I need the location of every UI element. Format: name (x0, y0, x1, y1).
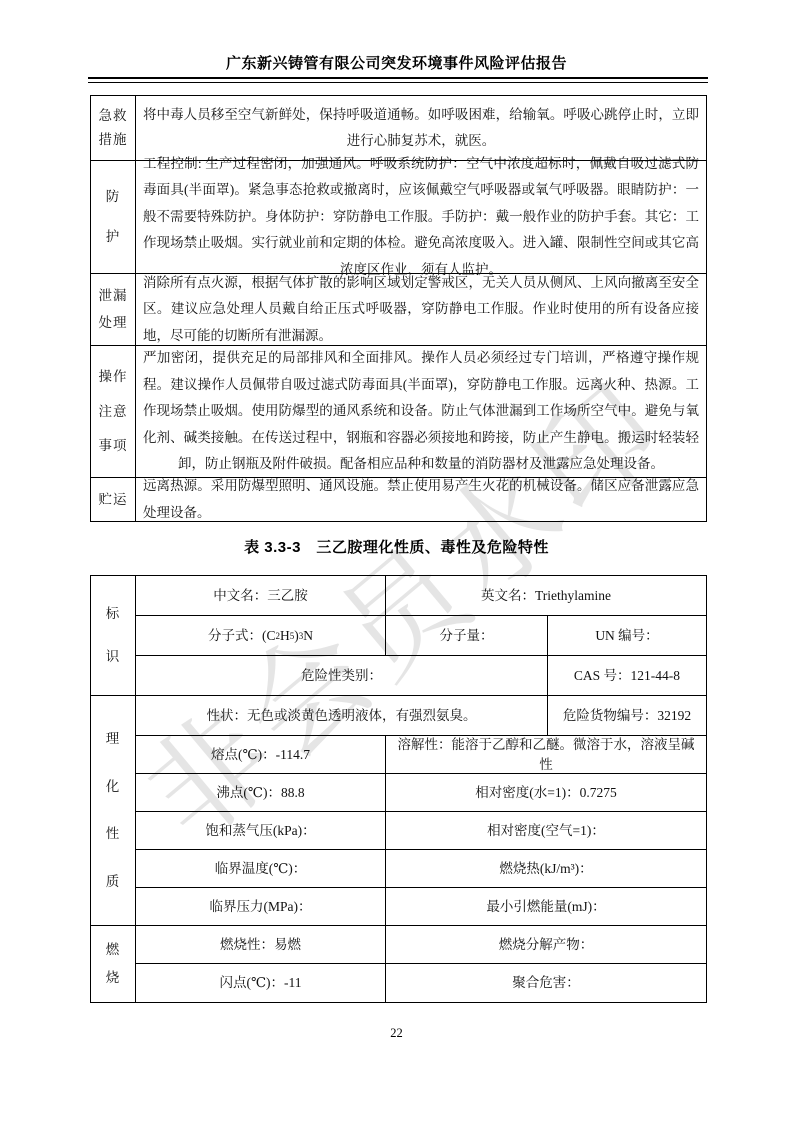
cell-relative-density-air: 相对密度(空气=1)： (386, 812, 706, 850)
cell-chinese-name: 中文名：三乙胺 (136, 576, 386, 616)
safety-measures-table: 急救 措施 将中毒人员移至空气新鲜处，保持呼吸道通畅。如呼吸困难，给输氧。呼吸心… (90, 95, 707, 522)
cell-un-number: UN 编号： (548, 616, 706, 656)
cell-critical-pressure: 临界压力(MPa)： (136, 888, 386, 926)
cell-min-ignition-energy: 最小引燃能量(mJ)： (386, 888, 706, 926)
section-label-identification: 标 识 (91, 576, 136, 696)
cell-combustion-heat: 燃烧热(kJ/m³)： (386, 850, 706, 888)
page-number: 22 (0, 1026, 793, 1041)
row-label-storage: 贮运 (91, 478, 136, 521)
header-double-rule (88, 77, 708, 83)
protection-text-cell: 工程控制: 生产过程密闭，加强通风。呼吸系统防护：空气中浓度超标时，佩戴自吸过滤… (136, 161, 706, 274)
storage-text-cell: 远离热源。采用防爆型照明、通风设施。禁止使用易产生火花的机械设备。储区应备泄露应… (136, 478, 706, 521)
table-caption: 表 3.3-3 三乙胺理化性质、毒性及危险特性 (0, 536, 793, 557)
storage-text: 远离热源。采用防爆型照明、通风设施。禁止使用易产生火花的机械设备。储区应备泄露应… (143, 473, 699, 526)
row-label-first-aid: 急救 措施 (91, 96, 136, 161)
cell-cas-number: CAS 号：121-44-8 (548, 656, 706, 696)
operation-notes-text-cell: 严加密闭，提供充足的局部排风和全面排风。操作人员必须经过专门培训，严格遵守操作规… (136, 346, 706, 478)
section-label-physicochemical: 理 化 性 质 (91, 696, 136, 926)
cell-flammability: 燃烧性：易燃 (136, 926, 386, 964)
document-page: 广东新兴铸管有限公司突发环境事件风险评估报告 非会员水印 急救 措施 将中毒人员… (0, 0, 793, 1122)
leak-handling-text: 消除所有点火源，根据气体扩散的影响区域划定警戒区，无关人员从侧风、上风向撤离至安… (143, 270, 699, 350)
cell-critical-temperature: 临界温度(℃)： (136, 850, 386, 888)
protection-text: 工程控制: 生产过程密闭，加强通风。呼吸系统防护：空气中浓度超标时，佩戴自吸过滤… (143, 151, 699, 284)
row-label-leak-handling: 泄漏 处理 (91, 274, 136, 346)
cell-appearance: 性状：无色或淡黄色透明液体，有强烈氨臭。 (136, 696, 548, 736)
cell-english-name: 英文名：Triethylamine (386, 576, 706, 616)
cell-boiling-point: 沸点(℃)：88.8 (136, 774, 386, 812)
operation-notes-text: 严加密闭，提供充足的局部排风和全面排风。操作人员必须经过专门培训，严格遵守操作规… (143, 345, 699, 478)
cell-molecular-weight: 分子量： (386, 616, 548, 656)
cell-saturated-vapor-pressure: 饱和蒸气压(kPa)： (136, 812, 386, 850)
cell-decomposition-products: 燃烧分解产物： (386, 926, 706, 964)
first-aid-text: 将中毒人员移至空气新鲜处，保持呼吸道通畅。如呼吸困难，给输氧。呼吸心跳停止时，立… (143, 102, 699, 155)
cell-polymerization-hazard: 聚合危害： (386, 964, 706, 1002)
section-label-combustion: 燃 烧 (91, 926, 136, 1002)
cell-molecular-formula: 分子式：(C2H5)3N (136, 616, 386, 656)
row-label-operation-notes: 操作 注意 事项 (91, 346, 136, 478)
cell-solubility: 溶解性：能溶于乙醇和乙醚。微溶于水，溶液呈碱性 (386, 736, 706, 774)
cell-dangerous-goods-number: 危险货物编号：32192 (548, 696, 706, 736)
leak-handling-text-cell: 消除所有点火源，根据气体扩散的影响区域划定警戒区，无关人员从侧风、上风向撤离至安… (136, 274, 706, 346)
cell-melting-point: 熔点(℃)：-114.7 (136, 736, 386, 774)
row-label-protection: 防 护 (91, 161, 136, 274)
cell-flash-point: 闪点(℃)：-11 (136, 964, 386, 1002)
cell-relative-density-water: 相对密度(水=1)：0.7275 (386, 774, 706, 812)
report-header-title: 广东新兴铸管有限公司突发环境事件风险评估报告 (0, 52, 793, 73)
properties-table: 标 识 中文名：三乙胺 英文名：Triethylamine 分子式：(C2H5)… (90, 575, 707, 1003)
cell-hazard-class: 危险性类别： (136, 656, 548, 696)
